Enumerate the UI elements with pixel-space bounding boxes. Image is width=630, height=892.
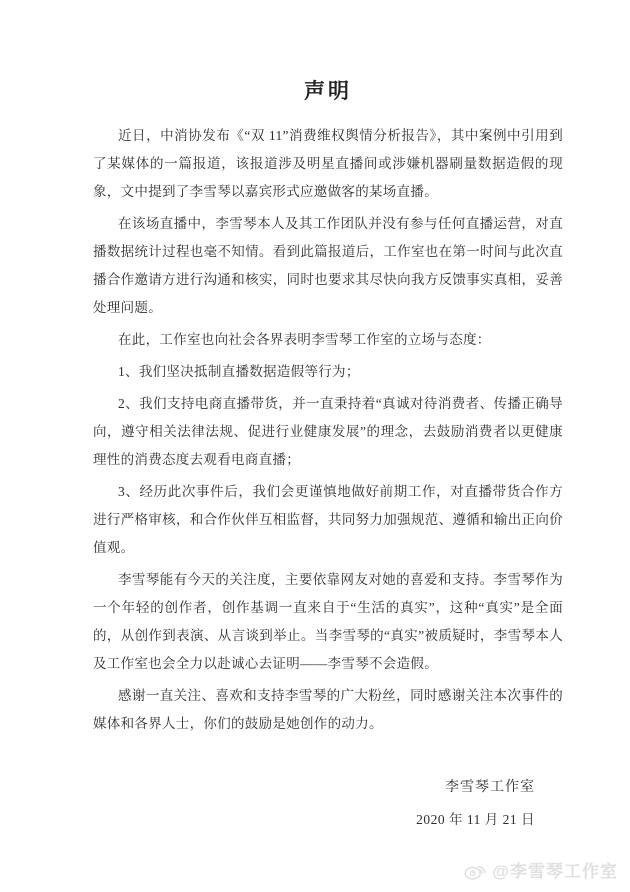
weibo-watermark: @李雪琴工作室 [463,857,618,882]
statement-list-item-2: 2、我们支持电商直播带货，并一直秉持着“真诚对待消费者、传播正确导向，遵守相关法… [93,390,563,474]
statement-paragraph-4: 李雪琴能有今天的关注度，主要依靠网友对她的喜爱和支持。李雪琴作为一个年轻的创作者… [93,566,563,678]
signature-name: 李雪琴工作室 [93,774,535,802]
statement-list-item-1: 1、我们坚决抵制直播数据造假等行为； [93,358,563,386]
signature-date: 2020 年 11 月 21 日 [93,806,535,834]
statement-paragraph-3: 在此，工作室也向社会各界表明李雪琴工作室的立场与态度： [93,326,563,354]
watermark-text: @李雪琴工作室 [492,857,618,882]
statement-paragraph-5: 感谢一直关注、喜欢和支持李雪琴的广大粉丝，同时感谢关注本次事件的媒体和各界人士，… [93,682,563,738]
statement-paragraph-1: 近日，中消协发布《“双 11”消费维权舆情分析报告》，其中案例中引用到了某媒体的… [93,122,563,206]
weibo-icon [463,859,487,881]
signature-block: 李雪琴工作室 2020 年 11 月 21 日 [93,774,563,834]
statement-content: 声明 近日，中消协发布《“双 11”消费维权舆情分析报告》，其中案例中引用到了某… [93,0,563,834]
statement-list-item-3: 3、经历此次事件后，我们会更谨慎地做好前期工作，对直播带货合作方进行严格审核，和… [93,478,563,562]
statement-paragraph-2: 在该场直播中，李雪琴本人及其工作团队并没有参与任何直播运营，对直播数据统计过程也… [93,210,563,322]
statement-document-page: 声明 近日，中消协发布《“双 11”消费维权舆情分析报告》，其中案例中引用到了某… [0,0,630,892]
statement-title: 声明 [93,76,563,106]
